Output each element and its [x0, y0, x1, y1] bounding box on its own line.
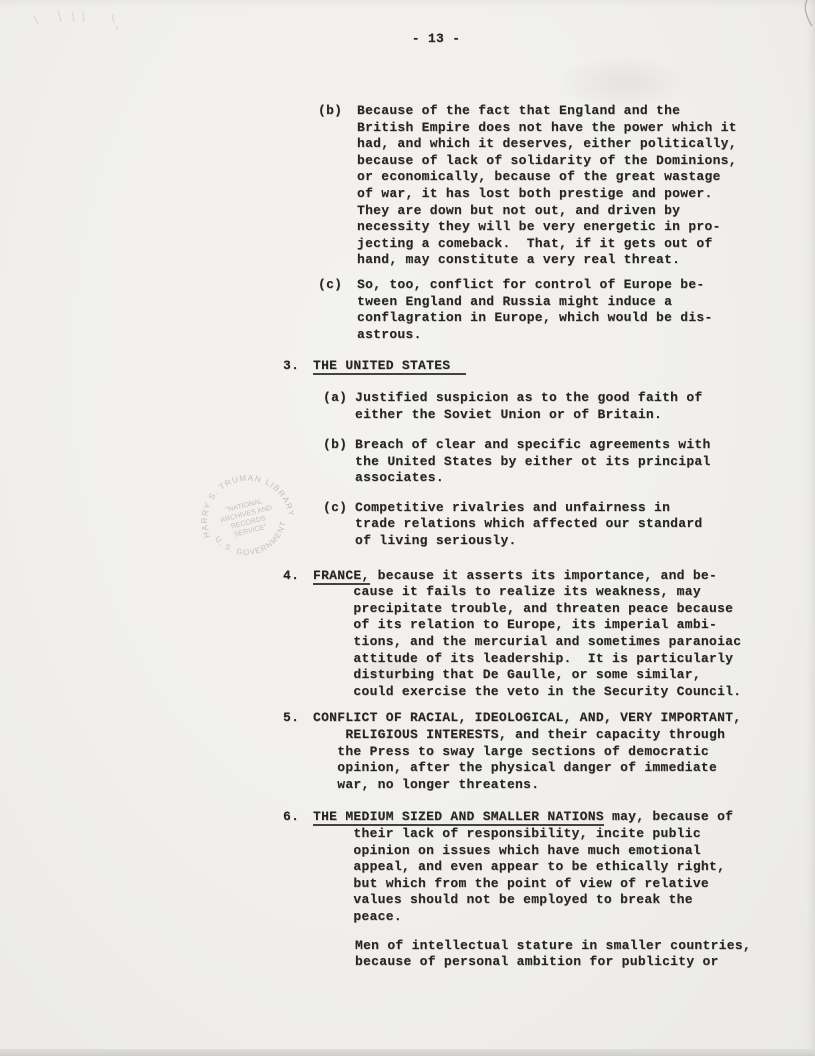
paragraph-text: So, too, conflict for control of Europe … [357, 277, 763, 343]
section-3-item-b: (b) Breach of clear and specific agreeme… [283, 437, 763, 487]
page-corner-curl [795, 0, 815, 30]
section-first-line: CONFLICT OF RACIAL, IDEOLOGICAL, AND, VE… [313, 710, 763, 727]
paragraph-text: Because of the fact that England and the… [357, 103, 763, 269]
section-title: THE MEDIUM SIZED AND SMALLER NATIONS [313, 809, 604, 826]
section-title: FRANCE, [313, 568, 370, 585]
section-5: 5. CONFLICT OF RACIAL, IDEOLOGICAL, AND,… [283, 710, 763, 793]
paragraph-text: Breach of clear and specific agreements … [355, 437, 763, 487]
paragraph-item-c: (c) So, too, conflict for control of Eur… [283, 277, 763, 343]
page-number: - 13 - [412, 31, 461, 48]
item-label: (c) [318, 277, 342, 294]
section-title: THE UNITED STATES [313, 358, 466, 375]
paragraph-item-b: (b) Because of the fact that England and… [283, 103, 763, 269]
section-number: 3. [283, 358, 299, 375]
section-first-line: FRANCE, because it asserts its importanc… [313, 568, 763, 585]
section-title-rest: CONFLICT OF RACIAL, IDEOLOGICAL, AND, VE… [313, 710, 741, 725]
item-label: (b) [318, 103, 342, 120]
section-title-rest: may, because of [604, 809, 733, 824]
section-number: 5. [283, 710, 299, 727]
item-label: (b) [323, 437, 347, 454]
paragraph-text: Justified suspicion as to the good faith… [355, 390, 763, 423]
document-page: - 13 - HARRY S. TRUMAN LIBRARY U. S. GOV… [0, 0, 815, 1056]
closing-paragraph: Men of intellectual stature in smaller c… [283, 938, 763, 971]
section-number: 6. [283, 809, 299, 826]
paragraph-text: Men of intellectual stature in smaller c… [355, 938, 763, 971]
paragraph-text: Competitive rivalries and unfairness in … [355, 500, 763, 550]
scan-smudge [560, 55, 690, 110]
document-body: (b) Because of the fact that England and… [283, 103, 763, 971]
section-4: 4. FRANCE, because it asserts its import… [283, 568, 763, 701]
section-number: 4. [283, 568, 299, 585]
section-6: 6. THE MEDIUM SIZED AND SMALLER NATIONS … [283, 809, 763, 925]
section-3-item-c: (c) Competitive rivalries and unfairness… [283, 500, 763, 550]
pencil-marks [20, 2, 180, 42]
paragraph-text: cause it fails to realize its weakness, … [313, 584, 763, 700]
item-label: (c) [323, 500, 347, 517]
scan-bottom-edge [0, 1049, 815, 1056]
paragraph-text: their lack of responsibility, incite pub… [313, 826, 763, 926]
section-title-rest: because it asserts its importance, and b… [370, 568, 718, 583]
section-3-item-a: (a) Justified suspicion as to the good f… [283, 390, 763, 423]
section-first-line: THE MEDIUM SIZED AND SMALLER NATIONS may… [313, 809, 763, 826]
item-label: (a) [323, 390, 347, 407]
section-3-heading: 3. THE UNITED STATES [283, 358, 763, 375]
paragraph-text: RELIGIOUS INTERESTS, and their capacity … [313, 727, 763, 793]
